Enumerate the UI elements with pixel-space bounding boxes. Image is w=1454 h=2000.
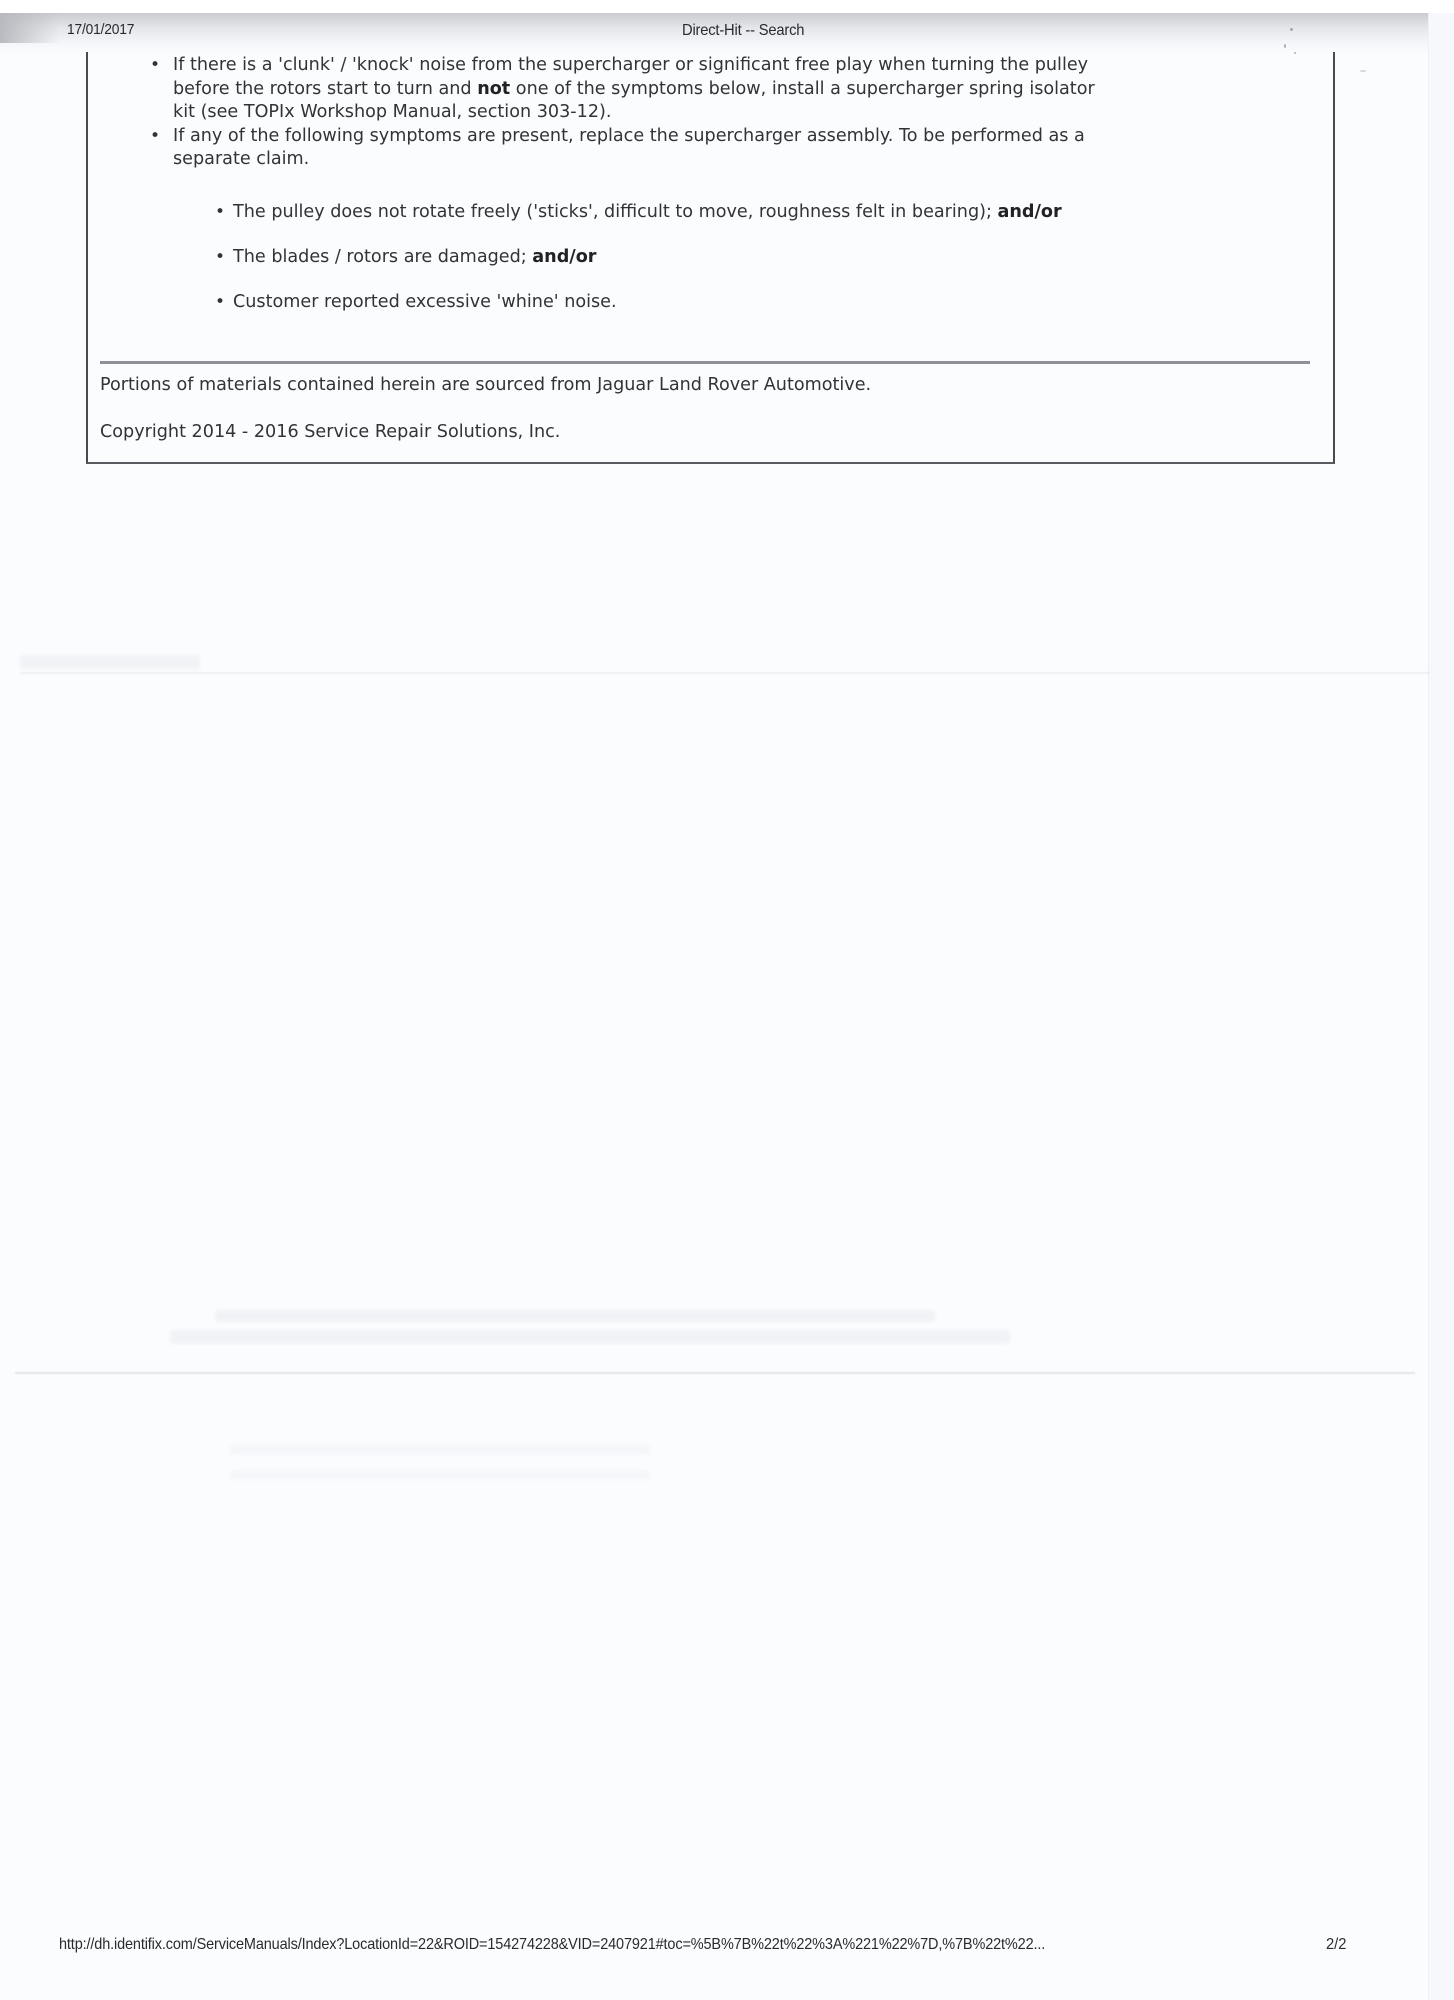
bullet-icon: • [215, 290, 225, 314]
symptom-text: The blades / rotors are damaged; [233, 247, 532, 267]
symptom-list: • The pulley does not rotate freely ('st… [86, 200, 1062, 335]
bullet-icon: • [150, 125, 160, 149]
list-item: • The blades / rotors are damaged; and/o… [86, 245, 1062, 290]
list-item: • The pulley does not rotate freely ('st… [86, 200, 1062, 245]
bullet-line: If any of the following symptoms are pre… [173, 126, 1085, 146]
bleed-through [230, 1470, 650, 1480]
bullet-icon: • [150, 54, 160, 78]
scan-right-edge [1428, 13, 1454, 2000]
footer-divider [100, 361, 1310, 364]
list-item: • Customer reported excessive 'whine' no… [86, 290, 1062, 335]
emphasis: and/or [998, 202, 1062, 222]
scan-speck [1360, 70, 1366, 72]
bleed-through [230, 1445, 650, 1455]
emphasis: and/or [532, 247, 596, 267]
bleed-through [215, 1310, 935, 1322]
print-page-number: 2/2 [1326, 1936, 1346, 1954]
symptom-text: The pulley does not rotate freely ('stic… [233, 202, 998, 222]
bleed-through [170, 1330, 1010, 1344]
bullet-line: If there is a 'clunk' / 'knock' noise fr… [173, 55, 1088, 75]
bullet-line: before the rotors start to turn and [173, 79, 477, 99]
bullet-icon: • [215, 245, 225, 269]
scan-corner-shadow [0, 13, 60, 43]
procedure-bullet-list: • If there is a 'clunk' / 'knock' noise … [86, 54, 1186, 172]
bullet-line: one of the symptoms below, install a sup… [510, 79, 1095, 99]
bleed-through [20, 672, 1430, 674]
scan-top-margin [0, 0, 1454, 13]
bleed-through [20, 655, 200, 669]
list-item: • If there is a 'clunk' / 'knock' noise … [86, 54, 1186, 125]
print-date: 17/01/2017 [67, 21, 134, 38]
scan-speck [1290, 28, 1293, 31]
bleed-through [15, 1372, 1415, 1374]
scan-speck [1284, 44, 1286, 48]
print-url: http://dh.identifix.com/ServiceManuals/I… [59, 1936, 1045, 1954]
bullet-line: separate claim. [173, 149, 309, 169]
print-page-title: Direct-Hit -- Search [682, 22, 804, 40]
list-item: • If any of the following symptoms are p… [86, 125, 1186, 172]
source-attribution: Portions of materials contained herein a… [100, 375, 871, 395]
copyright-notice: Copyright 2014 - 2016 Service Repair Sol… [100, 422, 560, 442]
bullet-line: kit (see TOPIx Workshop Manual, section … [173, 102, 611, 122]
emphasis: not [477, 79, 510, 99]
bullet-icon: • [215, 200, 225, 224]
symptom-text: Customer reported excessive 'whine' nois… [233, 292, 617, 312]
